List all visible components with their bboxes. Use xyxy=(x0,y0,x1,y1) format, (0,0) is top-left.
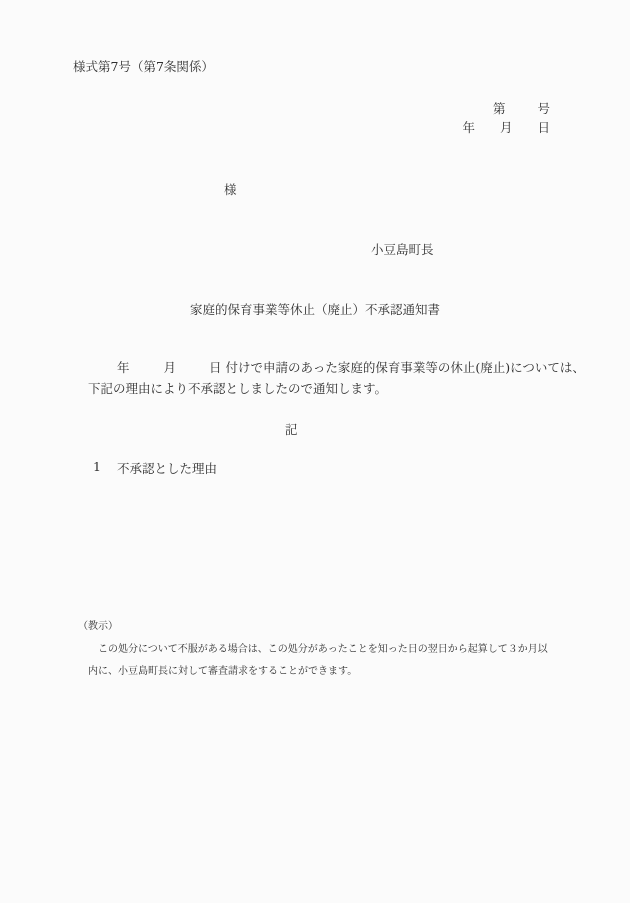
doc-number-suffix: 号 xyxy=(537,99,550,117)
body-paragraph: 年 月 日 付けで申請のあった家庭的保育事業等の休止(廃止)については、 下記の… xyxy=(88,357,585,399)
reason-blank-area xyxy=(88,480,558,605)
addressee-line: 様 xyxy=(224,180,237,198)
document-title: 家庭的保育事業等休止（廃止）不承認通知書 xyxy=(0,300,630,318)
body-month-label: 月 xyxy=(163,360,176,375)
body-line-2: 下記の理由により不承認としましたので通知します。 xyxy=(88,378,585,399)
body-day-label: 日 xyxy=(209,360,222,375)
note-line-2: 内に、小豆島町長に対して審査請求をすることができます。 xyxy=(88,661,548,683)
ki-heading: 記 xyxy=(285,420,298,438)
reason-number: 1 xyxy=(93,459,101,477)
issuer-name: 小豆島町長 xyxy=(371,240,434,258)
body-line-1-text: 付けで申請のあった家庭的保育事業等の休止(廃止)については、 xyxy=(225,360,584,375)
form-number: 様式第7号（第7条関係） xyxy=(73,57,214,75)
date-year-label: 年 xyxy=(462,118,475,136)
addressee-suffix: 様 xyxy=(224,182,237,197)
date-line: 年 月 日 xyxy=(462,118,550,136)
doc-number-prefix: 第 xyxy=(493,99,506,117)
reason-label: 不承認とした理由 xyxy=(117,459,217,477)
note-line-1: この処分について不服がある場合は、この処分があったことを知った日の翌日から起算し… xyxy=(88,639,548,661)
body-year-label: 年 xyxy=(117,360,130,375)
date-month-label: 月 xyxy=(500,118,513,136)
note-body: この処分について不服がある場合は、この処分があったことを知った日の翌日から起算し… xyxy=(88,639,548,683)
doc-number-line: 第 号 xyxy=(493,99,550,117)
reason-item: 1 不承認とした理由 xyxy=(93,459,217,477)
document-page: 様式第7号（第7条関係） 第 号 年 月 日 様 小豆島町長 家庭的保育事業等休… xyxy=(0,0,630,903)
date-day-label: 日 xyxy=(537,118,550,136)
note-heading: （教示） xyxy=(78,617,118,632)
body-line-1: 年 月 日 付けで申請のあった家庭的保育事業等の休止(廃止)については、 xyxy=(88,357,585,378)
